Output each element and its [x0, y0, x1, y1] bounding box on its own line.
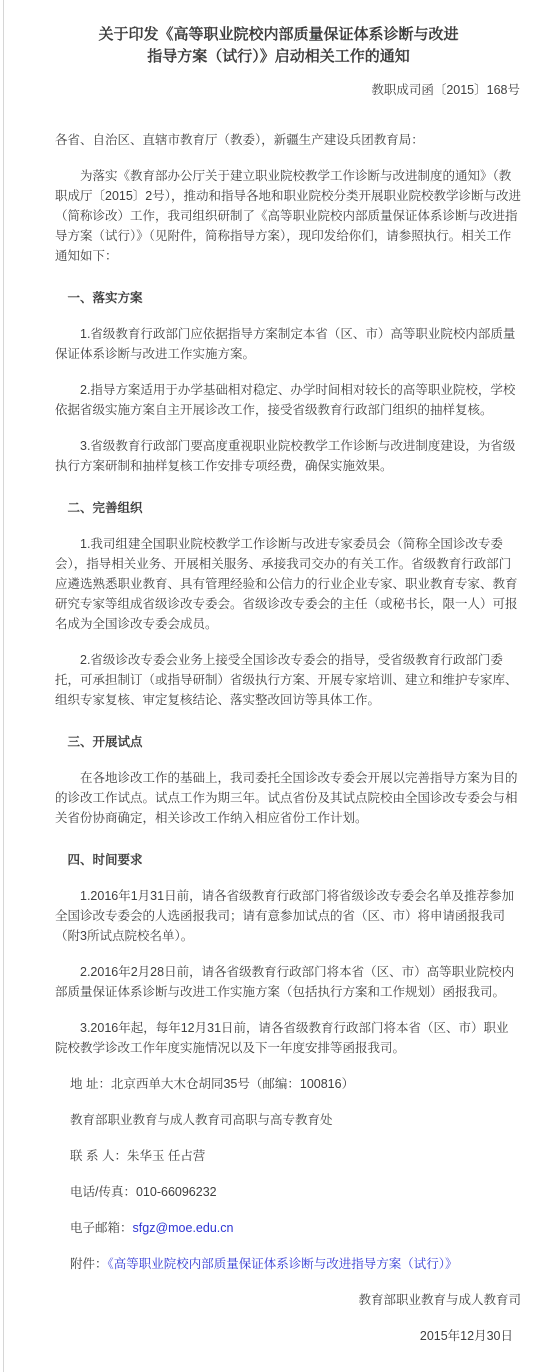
email-link[interactable]: sfgz@moe.edu.cn [133, 1221, 234, 1235]
section-1-paragraph-1: 1.省级教育行政部门应依据指导方案制定本省（区、市）高等职业院校内部质量保证体系… [55, 324, 521, 364]
email-label: 电子邮箱： [70, 1221, 133, 1235]
intro-paragraph: 为落实《教育部办公厅关于建立职业院校教学工作诊断与改进制度的通知》（教职成厅〔2… [55, 166, 521, 266]
section-4-paragraph-2: 2.2016年2月28日前，请各省级教育行政部门将本省（区、市）高等职业院校内部… [55, 962, 521, 1002]
contact-persons: 联 系 人：朱华玉 任占营 [55, 1146, 521, 1166]
section-2-heading: 二、完善组织 [55, 498, 521, 518]
page-title: 关于印发《高等职业院校内部质量保证体系诊断与改进 指导方案（试行）》启动相关工作… [0, 24, 557, 68]
page-left-border [3, 0, 4, 1372]
section-1-heading: 一、落实方案 [55, 288, 521, 308]
attachment-line: 附件：《高等职业院校内部质量保证体系诊断与改进指导方案（试行）》 [55, 1254, 521, 1274]
contact-department: 教育部职业教育与成人教育司高职与高专教育处 [55, 1110, 521, 1130]
contact-email-line: 电子邮箱：sfgz@moe.edu.cn [55, 1218, 521, 1238]
notice-document: 关于印发《高等职业院校内部质量保证体系诊断与改进 指导方案（试行）》启动相关工作… [0, 0, 557, 1372]
section-1-paragraph-2: 2.指导方案适用于办学基础相对稳定、办学时间相对较长的高等职业院校，学校依据省级… [55, 380, 521, 420]
contact-phone-fax: 电话/传真：010-66096232 [55, 1182, 521, 1202]
issue-date: 2015年12月30日 [55, 1326, 521, 1346]
section-4-paragraph-1: 1.2016年1月31日前，请各省级教育行政部门将省级诊改专委会名单及推荐参加全… [55, 886, 521, 946]
section-4-paragraph-3: 3.2016年起，每年12月31日前，请各省级教育行政部门将本省（区、市）职业院… [55, 1018, 521, 1058]
salutation: 各省、自治区、直辖市教育厅（教委），新疆生产建设兵团教育局： [55, 130, 521, 150]
section-2-paragraph-1: 1.我司组建全国职业院校教学工作诊断与改进专家委员会（简称全国诊改专委会），指导… [55, 534, 521, 634]
attachment-label: 附件： [70, 1257, 108, 1271]
attachment-link[interactable]: 《高等职业院校内部质量保证体系诊断与改进指导方案（试行）》 [108, 1257, 458, 1271]
section-4-heading: 四、时间要求 [55, 850, 521, 870]
contact-address: 地 址：北京西单大木仓胡同35号（邮编：100816） [55, 1074, 521, 1094]
document-body: 各省、自治区、直辖市教育厅（教委），新疆生产建设兵团教育局： 为落实《教育部办公… [0, 100, 557, 1372]
issuing-department: 教育部职业教育与成人教育司 [55, 1290, 521, 1310]
document-number: 教职成司函〔2015〕168号 [0, 80, 557, 100]
section-1-paragraph-3: 3.省级教育行政部门要高度重视职业院校教学工作诊断与改进制度建设，为省级执行方案… [55, 436, 521, 476]
page-title-line1: 关于印发《高等职业院校内部质量保证体系诊断与改进 [60, 24, 497, 46]
page-title-line2: 指导方案（试行）》启动相关工作的通知 [60, 46, 497, 68]
section-3-paragraph-1: 在各地诊改工作的基础上，我司委托全国诊改专委会开展以完善指导方案为目的的诊改工作… [55, 768, 521, 828]
section-2-paragraph-2: 2.省级诊改专委会业务上接受全国诊改专委会的指导，受省级教育行政部门委托，可承担… [55, 650, 521, 710]
section-3-heading: 三、开展试点 [55, 732, 521, 752]
